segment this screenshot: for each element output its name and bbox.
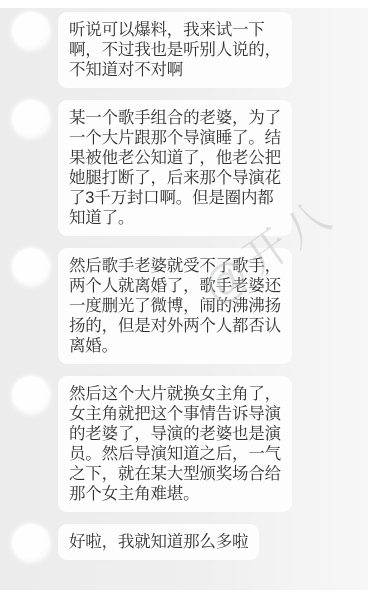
message-bubble[interactable]: 听说可以爆料，我来试一下 啊，不过我也是听别人说的， 不知道对不对啊 (58, 12, 292, 88)
message-row: 好啦，我就知道那么多啦 (12, 524, 358, 562)
message-row: 某一个歌手组合的老婆，为了 一个大片跟那个导演睡了。结 果被他老公知道了，他老公… (12, 100, 358, 236)
message-row: 然后歌手老婆就受不了歌手， 两个人就离婚了，歌手老婆还 一度删光了微博，闹的沸沸… (12, 248, 358, 364)
message-bubble[interactable]: 然后歌手老婆就受不了歌手， 两个人就离婚了，歌手老婆还 一度删光了微博，闹的沸沸… (58, 248, 292, 364)
message-bubble[interactable]: 某一个歌手组合的老婆，为了 一个大片跟那个导演睡了。结 果被他老公知道了，他老公… (58, 100, 292, 236)
avatar[interactable] (12, 524, 50, 562)
message-list: 听说可以爆料，我来试一下 啊，不过我也是听别人说的， 不知道对不对啊 某一个歌手… (0, 8, 368, 562)
avatar[interactable] (12, 12, 50, 50)
message-text: 好啦，我就知道那么多啦 (69, 532, 248, 552)
chat-area: 听说可以爆料，我来试一下 啊，不过我也是听别人说的， 不知道对不对啊 某一个歌手… (0, 8, 368, 590)
message-row: 然后这个大片就换女主角了， 女主角就把这个事情告诉导演 的老婆了，导演的老婆也是… (12, 376, 358, 512)
message-bubble[interactable]: 好啦，我就知道那么多啦 (58, 524, 259, 560)
message-text: 听说可以爆料，我来试一下 啊，不过我也是听别人说的， 不知道对不对啊 (69, 20, 281, 80)
message-text: 某一个歌手组合的老婆，为了 一个大片跟那个导演睡了。结 果被他老公知道了，他老公… (69, 108, 281, 228)
avatar[interactable] (12, 248, 50, 286)
message-text: 然后歌手老婆就受不了歌手， 两个人就离婚了，歌手老婆还 一度删光了微博，闹的沸沸… (69, 256, 281, 356)
avatar[interactable] (12, 376, 50, 414)
message-bubble[interactable]: 然后这个大片就换女主角了， 女主角就把这个事情告诉导演 的老婆了，导演的老婆也是… (58, 376, 292, 512)
message-text: 然后这个大片就换女主角了， 女主角就把这个事情告诉导演 的老婆了，导演的老婆也是… (69, 384, 281, 504)
avatar[interactable] (12, 100, 50, 138)
message-row: 听说可以爆料，我来试一下 啊，不过我也是听别人说的， 不知道对不对啊 (12, 12, 358, 88)
